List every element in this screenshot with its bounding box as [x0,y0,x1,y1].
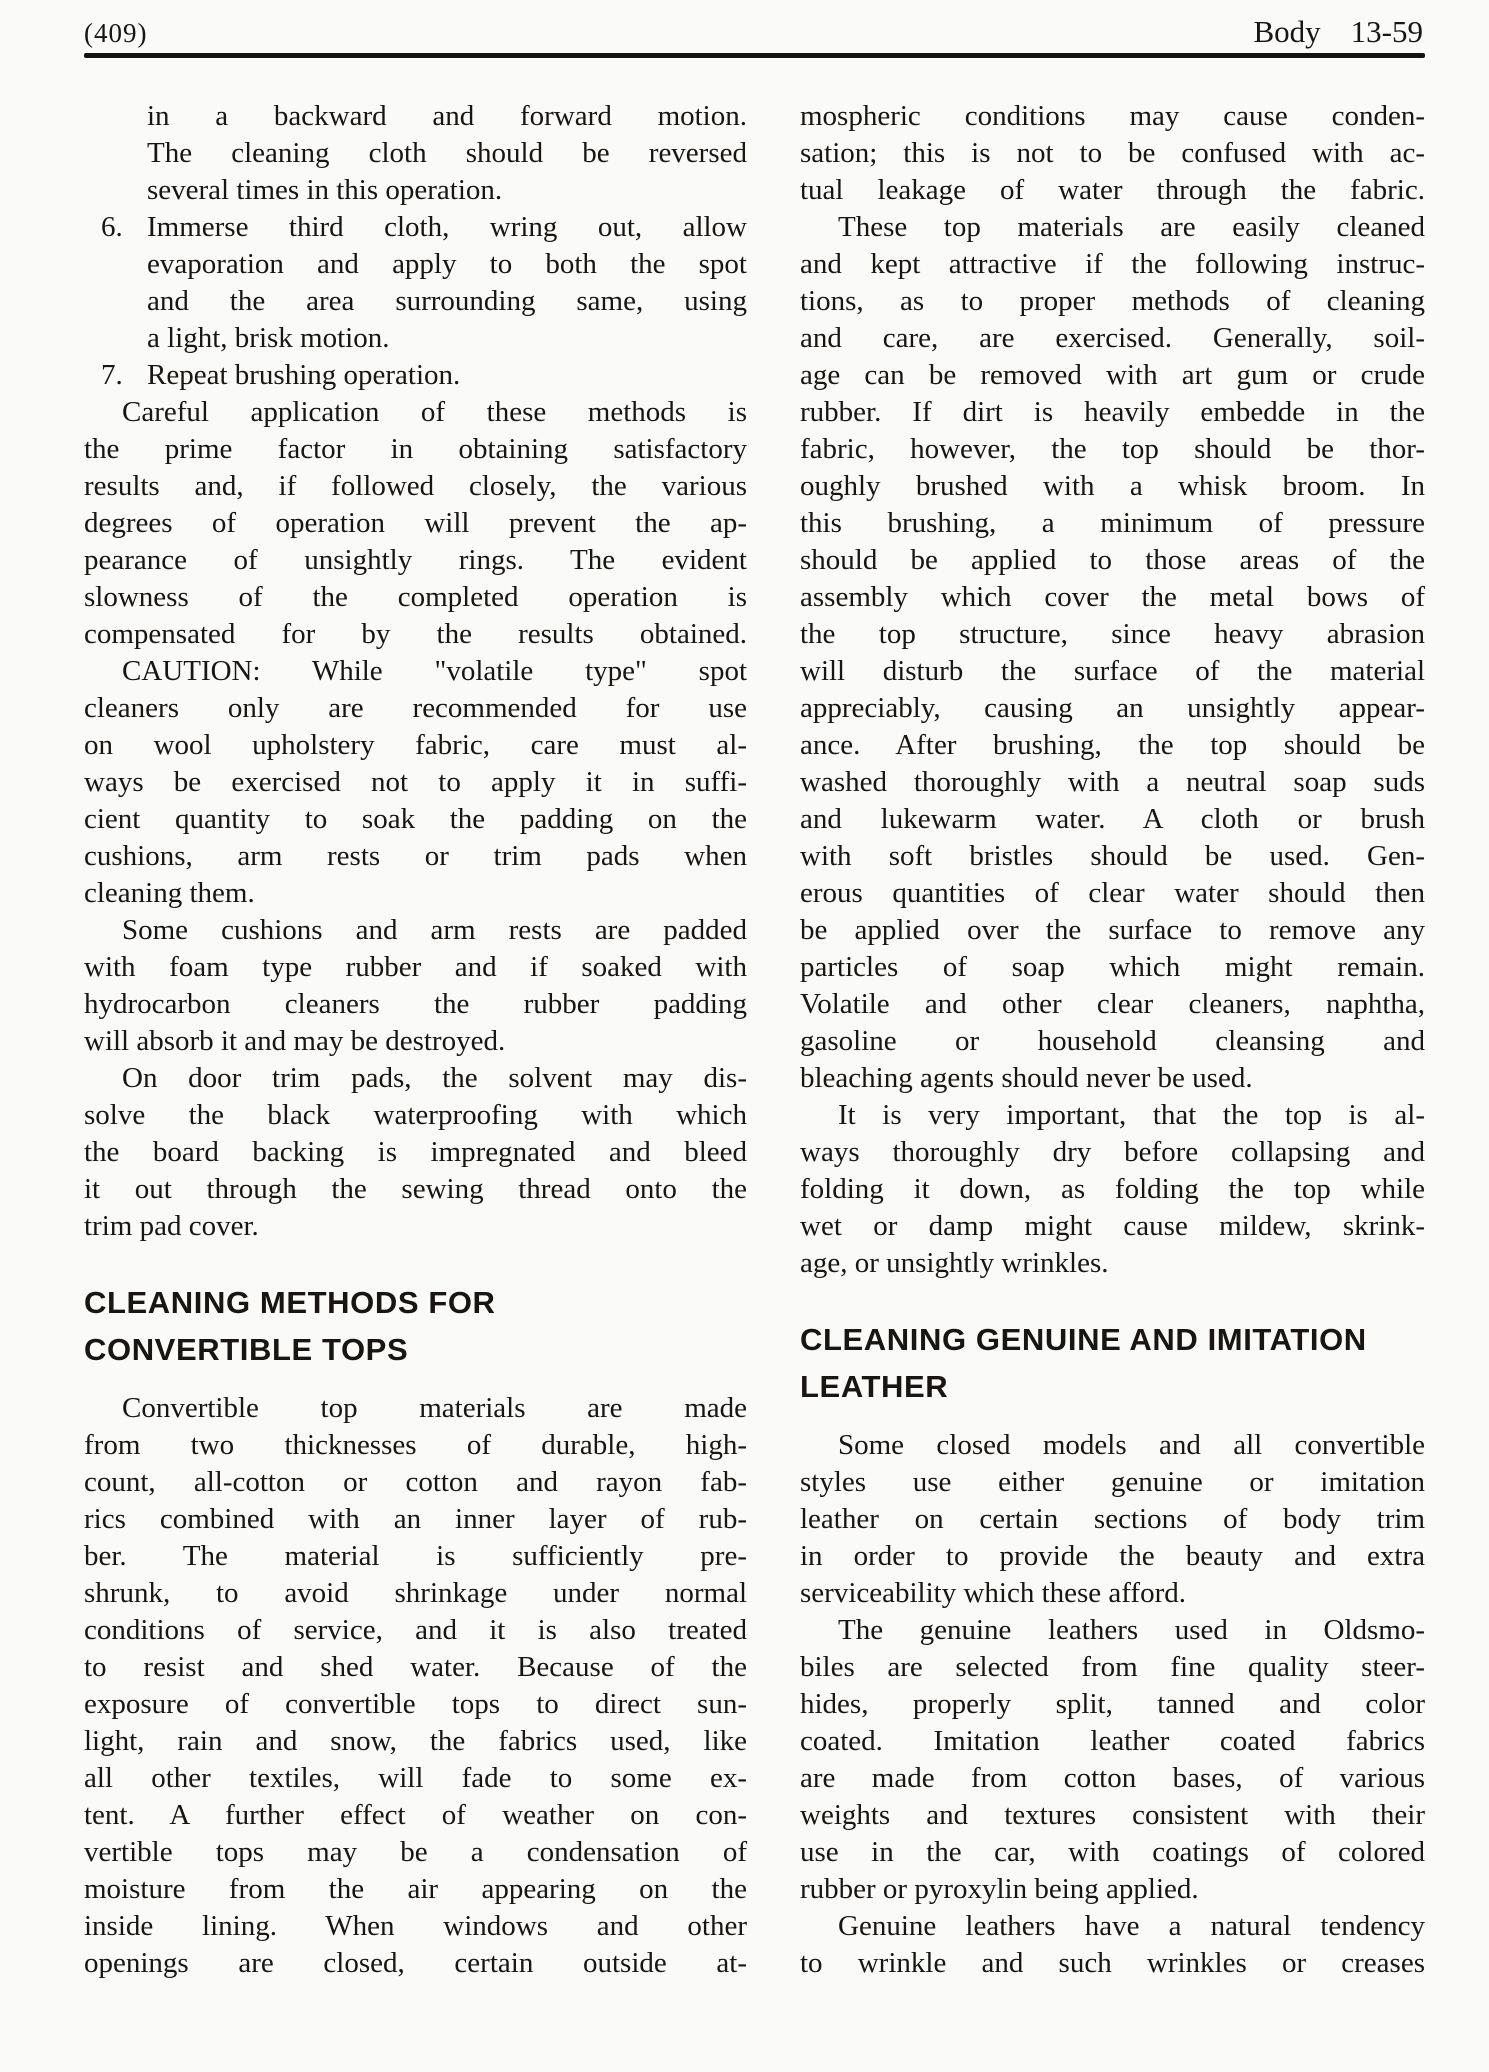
paragraph-line: inside lining. When windows and other [84,1908,747,1945]
paragraph: These top materials are easily cleanedan… [800,209,1425,1097]
paragraph-line: Immerse third cloth, wring out, allow [147,209,747,246]
paragraph-line: rics combined with an inner layer of rub… [84,1501,747,1538]
paragraph: Some cushions and arm rests are paddedwi… [84,912,747,1060]
paragraph: Genuine leathers have a natural tendency… [800,1908,1425,1982]
paragraph-line: The cleaning cloth should be reversed [147,135,747,172]
paragraph-line: light, rain and snow, the fabrics used, … [84,1723,747,1760]
paragraph-line: appreciably, causing an unsightly appear… [800,690,1425,727]
paragraph-line: evaporation and apply to both the spot [147,246,747,283]
paragraph-line: styles use either genuine or imitation [800,1464,1425,1501]
paragraph-line: Convertible top materials are made [84,1390,747,1427]
paragraph-line: biles are selected from fine quality ste… [800,1649,1425,1686]
paragraph-line: and lukewarm water. A cloth or brush [800,801,1425,838]
paragraph: On door trim pads, the solvent may dis-s… [84,1060,747,1245]
paragraph: It is very important, that the top is al… [800,1097,1425,1282]
paragraph-line: will disturb the surface of the material [800,653,1425,690]
paragraph-line: rubber or pyroxylin being applied. [800,1871,1425,1908]
paragraph-line: cleaning them. [84,875,747,912]
paragraph-line: slowness of the completed operation is [84,579,747,616]
left-column: in a backward and forward motion.The cle… [84,98,747,1982]
paragraph-line: use in the car, with coatings of colored [800,1834,1425,1871]
paragraph-line: from two thicknesses of durable, high- [84,1427,747,1464]
paragraph-line: vertible tops may be a condensation of [84,1834,747,1871]
paragraph-line: cushions, arm rests or trim pads when [84,838,747,875]
paragraph: CAUTION: While "volatile type" spotclean… [84,653,747,912]
paragraph-line: and care, are exercised. Generally, soil… [800,320,1425,357]
paragraph-line: The genuine leathers used in Oldsmo- [800,1612,1425,1649]
paragraph-line: with foam type rubber and if soaked with [84,949,747,986]
paragraph-line: ways thoroughly dry before collapsing an… [800,1134,1425,1171]
paragraph-line: to wrinkle and such wrinkles or creases [800,1945,1425,1982]
paragraph-line: mospheric conditions may cause conden- [800,98,1425,135]
paragraph-line: gasoline or household cleansing and [800,1023,1425,1060]
paragraph-line: tual leakage of water through the fabric… [800,172,1425,209]
paragraph: Careful application of these methods ist… [84,394,747,653]
paragraph: The genuine leathers used in Oldsmo-bile… [800,1612,1425,1908]
section-heading: CLEANING GENUINE AND IMITATION LEATHER [800,1316,1425,1410]
paragraph-line: trim pad cover. [84,1208,747,1245]
paragraph-line: erous quantities of clear water should t… [800,875,1425,912]
page-header: (409) Body 13-59 [0,0,1489,48]
paragraph-line: exposure of convertible tops to direct s… [84,1686,747,1723]
paragraph-line: coated. Imitation leather coated fabrics [800,1723,1425,1760]
paragraph: mospheric conditions may cause conden-sa… [800,98,1425,209]
page-body: in a backward and forward motion.The cle… [0,58,1489,1982]
list-item-continuation: in a backward and forward motion.The cle… [84,98,747,209]
list-item: 6.Immerse third cloth, wring out, allowe… [84,209,747,357]
paragraph-line: Genuine leathers have a natural tendency [800,1908,1425,1945]
paragraph-line: weights and textures consistent with the… [800,1797,1425,1834]
paragraph: Some closed models and all convertiblest… [800,1427,1425,1612]
paragraph-line: count, all-cotton or cotton and rayon fa… [84,1464,747,1501]
paragraph-line: it out through the sewing thread onto th… [84,1171,747,1208]
paragraph-line: folding it down, as folding the top whil… [800,1171,1425,1208]
list-number: 6. [101,209,123,246]
paragraph-line: results and, if followed closely, the va… [84,468,747,505]
paragraph-line: hydrocarbon cleaners the rubber padding [84,986,747,1023]
paragraph-line: washed thoroughly with a neutral soap su… [800,764,1425,801]
paragraph-line: ways be exercised not to apply it in suf… [84,764,747,801]
paragraph-line: cient quantity to soak the padding on th… [84,801,747,838]
paragraph-line: conditions of service, and it is also tr… [84,1612,747,1649]
paragraph-line: Some closed models and all convertible [800,1427,1425,1464]
page-number: 13-59 [1351,16,1423,48]
paragraph-line: fabric, however, the top should be thor- [800,431,1425,468]
page-ref: (409) [84,18,147,48]
paragraph-line: the board backing is impregnated and ble… [84,1134,747,1171]
paragraph-line: will absorb it and may be destroyed. [84,1023,747,1060]
paragraph-line: degrees of operation will prevent the ap… [84,505,747,542]
paragraph-line: cleaners only are recommended for use [84,690,747,727]
paragraph-line: pearance of unsightly rings. The evident [84,542,747,579]
paragraph-line: Some cushions and arm rests are padded [84,912,747,949]
paragraph-line: age can be removed with art gum or crude [800,357,1425,394]
paragraph-line: It is very important, that the top is al… [800,1097,1425,1134]
paragraph-line: compensated for by the results obtained. [84,616,747,653]
paragraph-line: on wool upholstery fabric, care must al- [84,727,747,764]
paragraph-line: and the area surrounding same, using [147,283,747,320]
paragraph-line: particles of soap which might remain. [800,949,1425,986]
paragraph-line: moisture from the air appearing on the [84,1871,747,1908]
paragraph-line: Careful application of these methods is [84,394,747,431]
right-column: mospheric conditions may cause conden-sa… [800,98,1425,1982]
paragraph-line: should be applied to those areas of the [800,542,1425,579]
paragraph-line: age, or unsightly wrinkles. [800,1245,1425,1282]
paragraph-line: oughly brushed with a whisk broom. In [800,468,1425,505]
paragraph-line: tent. A further effect of weather on con… [84,1797,747,1834]
section-heading: CLEANING METHODS FOR CONVERTIBLE TOPS [84,1279,747,1373]
paragraph-line: in order to provide the beauty and extra [800,1538,1425,1575]
paragraph-line: sation; this is not to be confused with … [800,135,1425,172]
paragraph-line: the top structure, since heavy abrasion [800,616,1425,653]
paragraph-line: to resist and shed water. Because of the [84,1649,747,1686]
paragraph-line: all other textiles, will fade to some ex… [84,1760,747,1797]
paragraph-line: bleaching agents should never be used. [800,1060,1425,1097]
section-title: Body [1253,16,1320,48]
paragraph-line: assembly which cover the metal bows of [800,579,1425,616]
paragraph-line: in a backward and forward motion. [147,98,747,135]
paragraph-line: Repeat brushing operation. [147,357,747,394]
paragraph-line: are made from cotton bases, of various [800,1760,1425,1797]
paragraph-line: a light, brisk motion. [147,320,747,357]
paragraph-line: openings are closed, certain outside at- [84,1945,747,1982]
paragraph-line: shrunk, to avoid shrinkage under normal [84,1575,747,1612]
paragraph-line: serviceability which these afford. [800,1575,1425,1612]
paragraph-line: several times in this operation. [147,172,747,209]
paragraph-line: CAUTION: While "volatile type" spot [84,653,747,690]
paragraph-line: Volatile and other clear cleaners, napht… [800,986,1425,1023]
paragraph-line: On door trim pads, the solvent may dis- [84,1060,747,1097]
running-title: Body 13-59 [1253,16,1423,48]
list-number: 7. [101,357,123,394]
paragraph-line: this brushing, a minimum of pressure [800,505,1425,542]
paragraph-line: with soft bristles should be used. Gen- [800,838,1425,875]
paragraph-line: hides, properly split, tanned and color [800,1686,1425,1723]
manual-page: { "colors": { "paper": "#fafaf8", "ink":… [0,0,1489,2072]
paragraph-line: rubber. If dirt is heavily embedde in th… [800,394,1425,431]
paragraph-line: be applied over the surface to remove an… [800,912,1425,949]
paragraph: Convertible top materials are madefrom t… [84,1390,747,1982]
paragraph-line: solve the black waterproofing with which [84,1097,747,1134]
paragraph-line: leather on certain sections of body trim [800,1501,1425,1538]
paragraph-line: and kept attractive if the following ins… [800,246,1425,283]
paragraph-line: tions, as to proper methods of cleaning [800,283,1425,320]
paragraph-line: wet or damp might cause mildew, skrink- [800,1208,1425,1245]
paragraph-line: ance. After brushing, the top should be [800,727,1425,764]
list-item: 7.Repeat brushing operation. [84,357,747,394]
paragraph-line: ber. The material is sufficiently pre- [84,1538,747,1575]
paragraph-line: the prime factor in obtaining satisfacto… [84,431,747,468]
paragraph-line: These top materials are easily cleaned [800,209,1425,246]
